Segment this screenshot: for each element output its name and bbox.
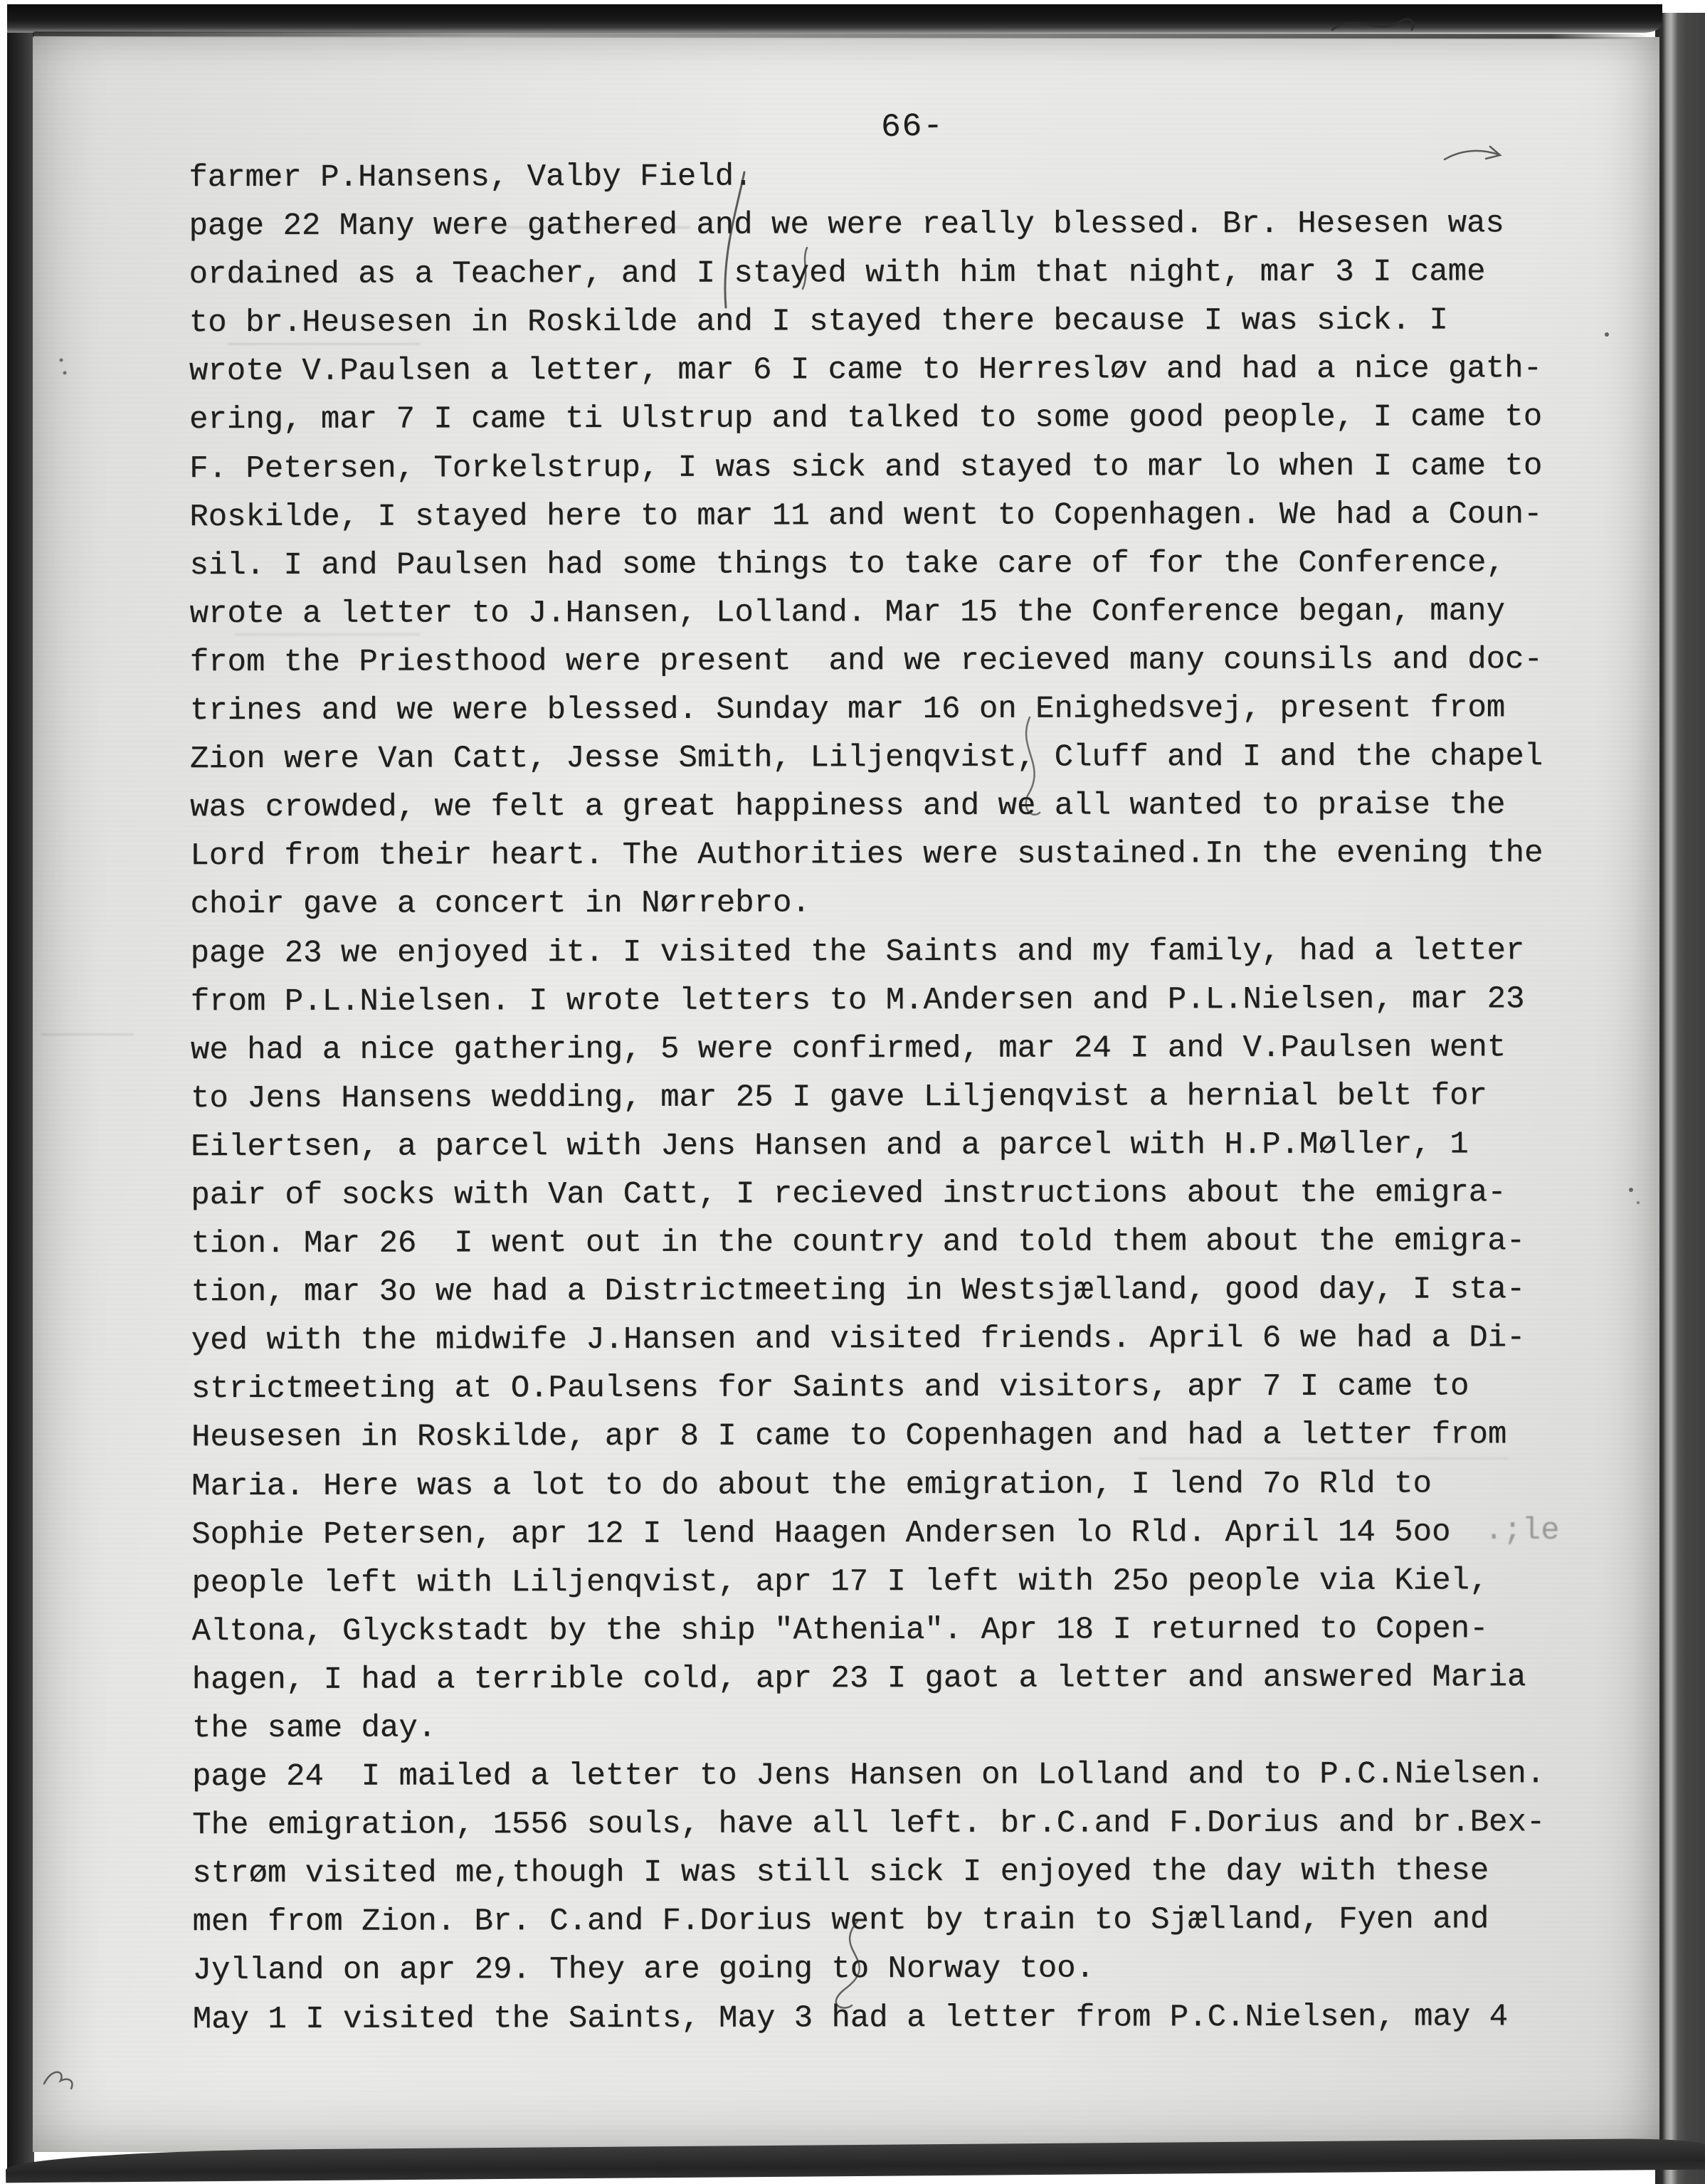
text-line: May 1 I visited the Saints, May 3 had a … bbox=[193, 1992, 1645, 2043]
text-line: was crowded, we felt a great happiness a… bbox=[190, 781, 1642, 832]
text-line: wrote V.Paulsen a letter, mar 6 I came t… bbox=[189, 344, 1641, 396]
text-line: yed with the midwife J.Hansen and visite… bbox=[191, 1314, 1643, 1365]
text-line: The emigration, 1556 souls, have all lef… bbox=[192, 1798, 1644, 1850]
text-line: Sophie Petersen, apr 12 I lend Haagen An… bbox=[191, 1507, 1643, 1558]
typewritten-text: farmer P.Hansens, Valby Field.page 22 Ma… bbox=[189, 151, 1645, 2044]
text-line: tion. Mar 26 I went out in the country a… bbox=[191, 1217, 1642, 1268]
page-number: 66- bbox=[880, 107, 944, 146]
text-line: Eilertsen, a parcel with Jens Hansen and… bbox=[191, 1120, 1642, 1171]
text-line: Lord from their heart. The Authorities w… bbox=[190, 829, 1642, 880]
copy-streak bbox=[41, 1033, 134, 1035]
text-line: men from Zion. Br. C.and F.Dorius went b… bbox=[192, 1895, 1644, 1946]
text-line: pair of socks with Van Catt, I recieved … bbox=[191, 1169, 1642, 1220]
text-line: F. Petersen, Torkelstrup, I was sick and… bbox=[189, 441, 1641, 492]
text-line: from the Priesthood were present and we … bbox=[190, 635, 1642, 687]
text-line: Roskilde, I stayed here to mar 11 and we… bbox=[189, 490, 1641, 542]
text-line: the same day. bbox=[192, 1702, 1644, 1753]
text-line: Heusesen in Roskilde, apr 8 I came to Co… bbox=[191, 1410, 1643, 1462]
text-line: hagen, I had a terrible cold, apr 23 I g… bbox=[192, 1653, 1644, 1704]
text-line: people left with Liljenqvist, apr 17 I l… bbox=[191, 1556, 1643, 1608]
text-line: from P.L.Nielsen. I wrote letters to M.A… bbox=[191, 974, 1642, 1025]
text-line: to Jens Hansens wedding, mar 25 I gave L… bbox=[191, 1072, 1642, 1123]
text-line: Zion were Van Catt, Jesse Smith, Liljenq… bbox=[190, 732, 1642, 784]
text-line: strictmeeting at O.Paulsens for Saints a… bbox=[191, 1362, 1643, 1413]
text-line: choir gave a concert in Nørrebro. bbox=[190, 877, 1642, 929]
text-line: sil. I and Paulsen had some things to ta… bbox=[189, 539, 1641, 590]
text-line: Altona, Glyckstadt by the ship "Athenia"… bbox=[191, 1605, 1643, 1656]
text-line: strøm visited me,though I was still sick… bbox=[192, 1847, 1644, 1898]
text-line: wrote a letter to J.Hansen, Lolland. Mar… bbox=[190, 587, 1642, 638]
text-line: we had a nice gathering, 5 were confirme… bbox=[191, 1023, 1642, 1075]
text-line: ering, mar 7 I came ti Ulstrup and talke… bbox=[189, 393, 1641, 444]
scan-border-right bbox=[1655, 13, 1705, 2184]
text-line: ordained as a Teacher, and I stayed with… bbox=[189, 248, 1641, 299]
text-line: tion, mar 3o we had a Districtmeeting in… bbox=[191, 1265, 1643, 1317]
faint-typed-fragment: .;le bbox=[1484, 1513, 1560, 1549]
text-line: farmer P.Hansens, Valby Field. bbox=[189, 151, 1640, 202]
scan-border-top bbox=[7, 4, 1662, 33]
scan-border-left bbox=[7, 4, 34, 2173]
text-line: to br.Heusesen in Roskilde and I stayed … bbox=[189, 296, 1641, 347]
text-line: page 24 I mailed a letter to Jens Hansen… bbox=[192, 1750, 1644, 1801]
text-line: page 22 Many were gathered and we were r… bbox=[189, 199, 1640, 250]
text-line: Maria. Here was a lot to do about the em… bbox=[191, 1459, 1643, 1510]
text-line: Jylland on apr 29. They are going to Nor… bbox=[192, 1943, 1644, 1995]
text-line: trines and we were blessed. Sunday mar 1… bbox=[190, 684, 1642, 735]
text-line: page 23 we enjoyed it. I visited the Sai… bbox=[191, 926, 1642, 977]
